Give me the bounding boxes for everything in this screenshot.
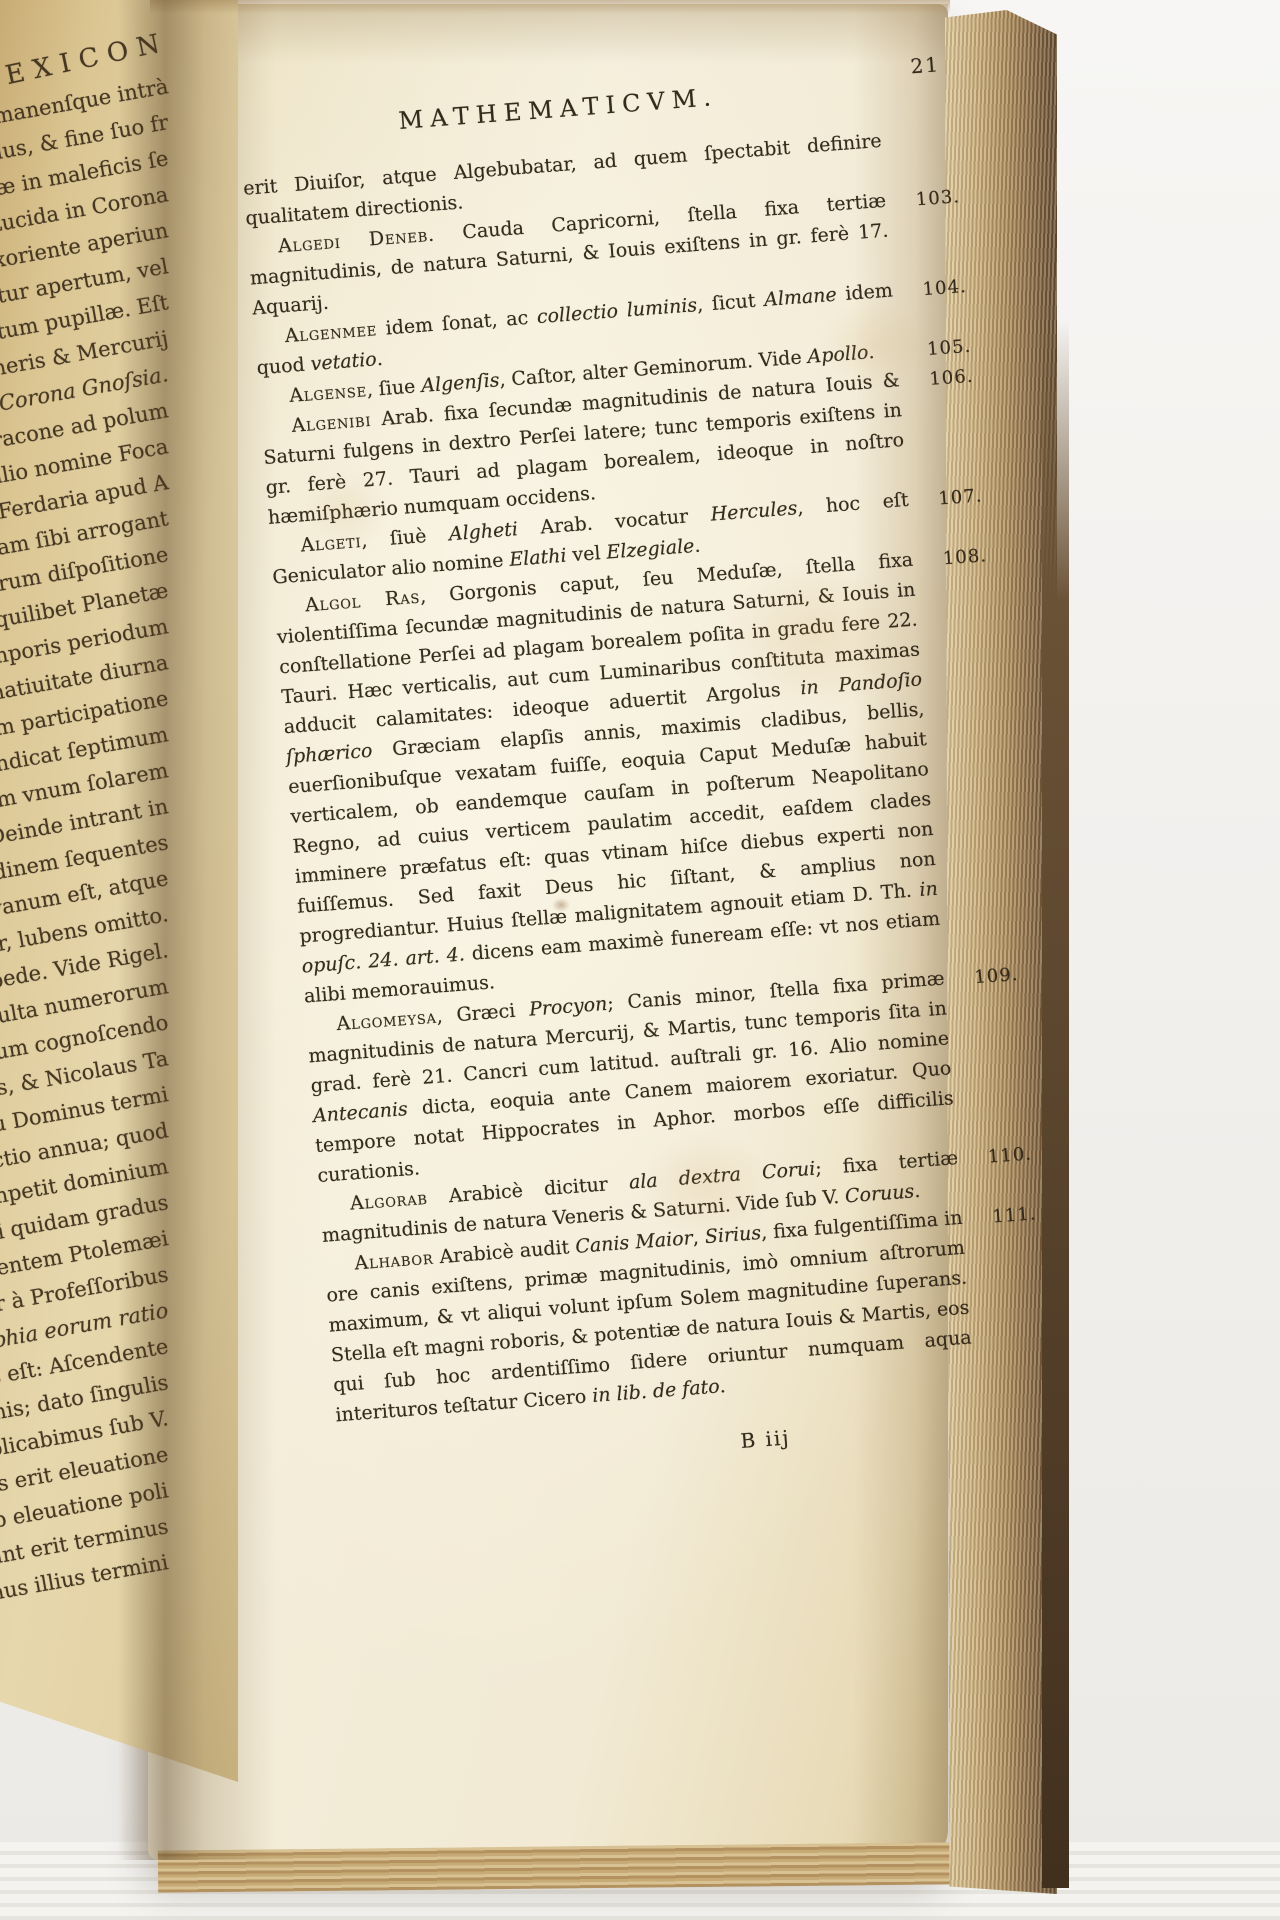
entry-margin-number: 105. — [926, 332, 972, 365]
entry-margin-number: 107. — [937, 481, 983, 514]
page-number: 21 — [909, 49, 941, 81]
entry-margin-number: 108. — [942, 541, 988, 574]
entry-headword: Algedi Deneb. — [277, 224, 435, 258]
book-photo: LEXICON ans coniunctione, manenſque intr… — [0, 0, 1280, 1920]
book-cover-edge — [1042, 320, 1069, 1888]
entry-margin-number: 103. — [915, 182, 961, 215]
entry-headword: Algeti — [300, 530, 362, 557]
entry-headword: Alhabor — [354, 1247, 434, 1275]
lexicon-entry: 108. Algol Ras, Gorgonis caput, ſeu Medu… — [274, 545, 944, 1012]
entry-margin-number: 110. — [987, 1139, 1033, 1172]
entry-headword: Algorab — [349, 1187, 428, 1215]
entry-body: , Gorgonis caput, ſeu Meduſæ, ſtella fix… — [276, 549, 941, 1008]
entry-margin-number: 109. — [973, 960, 1019, 993]
entry-margin-number: 106. — [928, 362, 974, 395]
entry-margin-number: 111. — [991, 1199, 1037, 1232]
entry-headword: Algomeysa — [336, 1006, 438, 1035]
entry-paragraph: Algol Ras, Gorgonis caput, ſeu Meduſæ, ſ… — [274, 545, 944, 1012]
entries-list: 103. Algedi Deneb. Cauda Capricorni, ſte… — [247, 186, 975, 1431]
entry-margin-number: 104. — [922, 272, 968, 305]
left-page-fragments: ans coniunctione, manenſque intràinterim… — [0, 68, 168, 1580]
entry-headword: Algense — [289, 379, 368, 407]
entry-headword: Algenibi — [291, 409, 372, 437]
left-page-text: LEXICON ans coniunctione, manenſque intr… — [0, 24, 168, 1580]
top-page-edges — [150, 0, 950, 14]
entry-headword: Algol Ras — [304, 586, 421, 617]
right-page-text: MATHEMATICVM. 21 erit Diuiſor, atque Alg… — [238, 70, 979, 1486]
entry-headword: Algenmee — [284, 318, 378, 347]
